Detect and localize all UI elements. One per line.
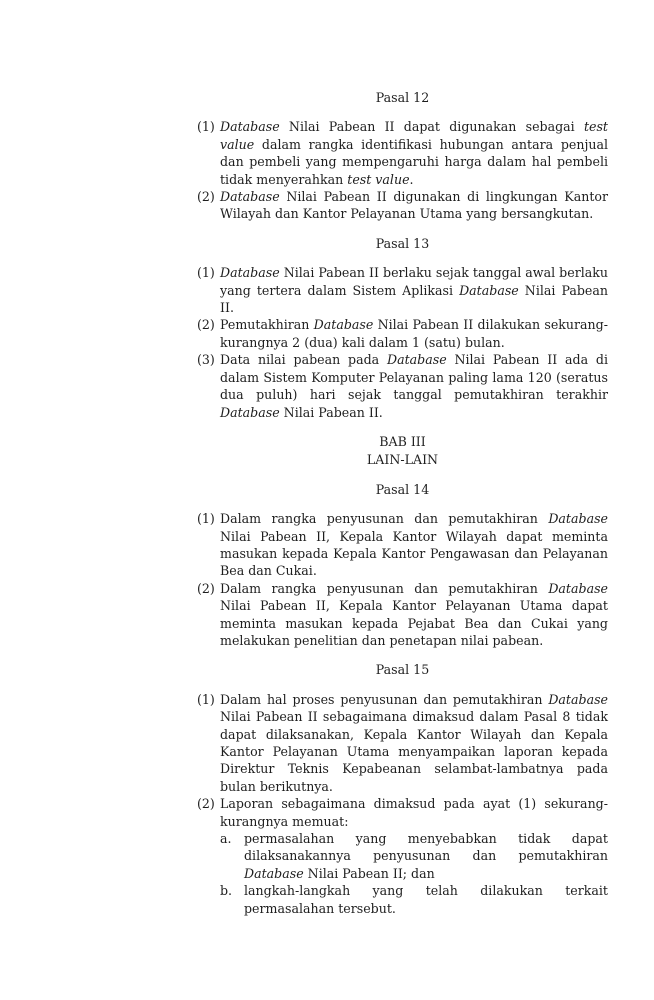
article-heading: Pasal 13 <box>197 235 608 252</box>
sub-clause-letter: b. <box>220 882 244 917</box>
clause-body: Database Nilai Pabean II berlaku sejak t… <box>220 264 608 316</box>
clause-body: Dalam rangka penyusunan dan pemutakhiran… <box>220 580 608 650</box>
sub-clause-text: langkah-langkah yang telah dilakukan ter… <box>244 882 608 917</box>
clause-text: Data nilai pabean pada Database Nilai Pa… <box>220 351 608 421</box>
article-heading: Pasal 14 <box>197 481 608 498</box>
document-part-2: Pasal 14(1)Dalam rangka penyusunan dan p… <box>197 481 608 917</box>
clause-number: (1) <box>197 264 220 316</box>
clause: (1)Dalam rangka penyusunan dan pemutakhi… <box>197 510 608 580</box>
clause-text: Pemutakhiran Database Nilai Pabean II di… <box>220 316 608 351</box>
sub-clause-text: permasalahan yang menyebabkan tidak dapa… <box>244 830 608 882</box>
clause-text: Dalam rangka penyusunan dan pemutakhiran… <box>220 580 608 650</box>
clause-body: Data nilai pabean pada Database Nilai Pa… <box>220 351 608 421</box>
sub-clause: b.langkah-langkah yang telah dilakukan t… <box>220 882 608 917</box>
article-clauses: (1)Dalam hal proses penyusunan dan pemut… <box>197 691 608 917</box>
clause-body: Laporan sebagaimana dimaksud pada ayat (… <box>220 795 608 830</box>
sub-clause: a.permasalahan yang menyebabkan tidak da… <box>220 830 608 882</box>
document-part-1: Pasal 12(1)Database Nilai Pabean II dapa… <box>197 89 608 421</box>
clause: (2)Dalam rangka penyusunan dan pemutakhi… <box>197 580 608 650</box>
clause: (1)Dalam hal proses penyusunan dan pemut… <box>197 691 608 795</box>
clause-number: (2) <box>197 795 220 917</box>
clause-number: (1) <box>197 691 220 795</box>
chapter-number: BAB III <box>197 433 608 450</box>
clause-text: Database Nilai Pabean II digunakan di li… <box>220 188 608 223</box>
clause-body: Pemutakhiran Database Nilai Pabean II di… <box>220 316 608 351</box>
clause-text: Database Nilai Pabean II dapat digunakan… <box>220 118 608 188</box>
clause-text: Dalam hal proses penyusunan dan pemutakh… <box>220 691 608 795</box>
clause: (2)Database Nilai Pabean II digunakan di… <box>197 188 608 223</box>
article-heading: Pasal 15 <box>197 661 608 678</box>
clause-text: Laporan sebagaimana dimaksud pada ayat (… <box>220 795 608 917</box>
article-clauses: (1)Dalam rangka penyusunan dan pemutakhi… <box>197 510 608 649</box>
clause: (1)Database Nilai Pabean II dapat diguna… <box>197 118 608 188</box>
clause-body: Database Nilai Pabean II dapat digunakan… <box>220 118 608 188</box>
clause-number: (2) <box>197 316 220 351</box>
clause-body: Dalam hal proses penyusunan dan pemutakh… <box>220 691 608 795</box>
clause-text: Database Nilai Pabean II berlaku sejak t… <box>220 264 608 316</box>
clause: (2)Laporan sebagaimana dimaksud pada aya… <box>197 795 608 917</box>
clause-number: (2) <box>197 188 220 223</box>
clause-number: (1) <box>197 510 220 580</box>
chapter-title: LAIN-LAIN <box>197 451 608 468</box>
document-page: Pasal 12(1)Database Nilai Pabean II dapa… <box>197 89 608 929</box>
clause: (3)Data nilai pabean pada Database Nilai… <box>197 351 608 421</box>
clause: (2)Pemutakhiran Database Nilai Pabean II… <box>197 316 608 351</box>
clause: (1)Database Nilai Pabean II berlaku seja… <box>197 264 608 316</box>
article-heading: Pasal 12 <box>197 89 608 106</box>
article-clauses: (1)Database Nilai Pabean II dapat diguna… <box>197 118 608 222</box>
clause-text: Dalam rangka penyusunan dan pemutakhiran… <box>220 510 608 580</box>
clause-number: (1) <box>197 118 220 188</box>
clause-body: Dalam rangka penyusunan dan pemutakhiran… <box>220 510 608 580</box>
clause-body: Database Nilai Pabean II digunakan di li… <box>220 188 608 223</box>
article-clauses: (1)Database Nilai Pabean II berlaku seja… <box>197 264 608 421</box>
sub-clause-letter: a. <box>220 830 244 882</box>
clause-number: (3) <box>197 351 220 421</box>
sub-clauses: a.permasalahan yang menyebabkan tidak da… <box>220 830 608 917</box>
clause-number: (2) <box>197 580 220 650</box>
